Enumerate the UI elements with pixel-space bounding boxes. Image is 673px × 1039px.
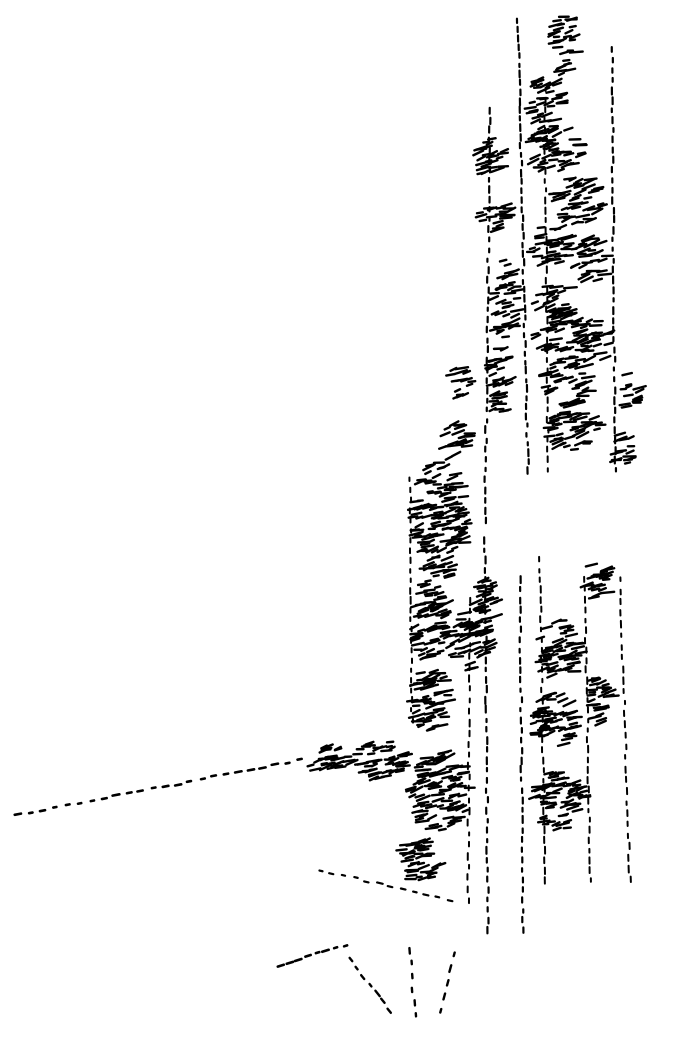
- ink-illustration: [0, 0, 673, 1039]
- tower-drawing: [15, 17, 646, 1017]
